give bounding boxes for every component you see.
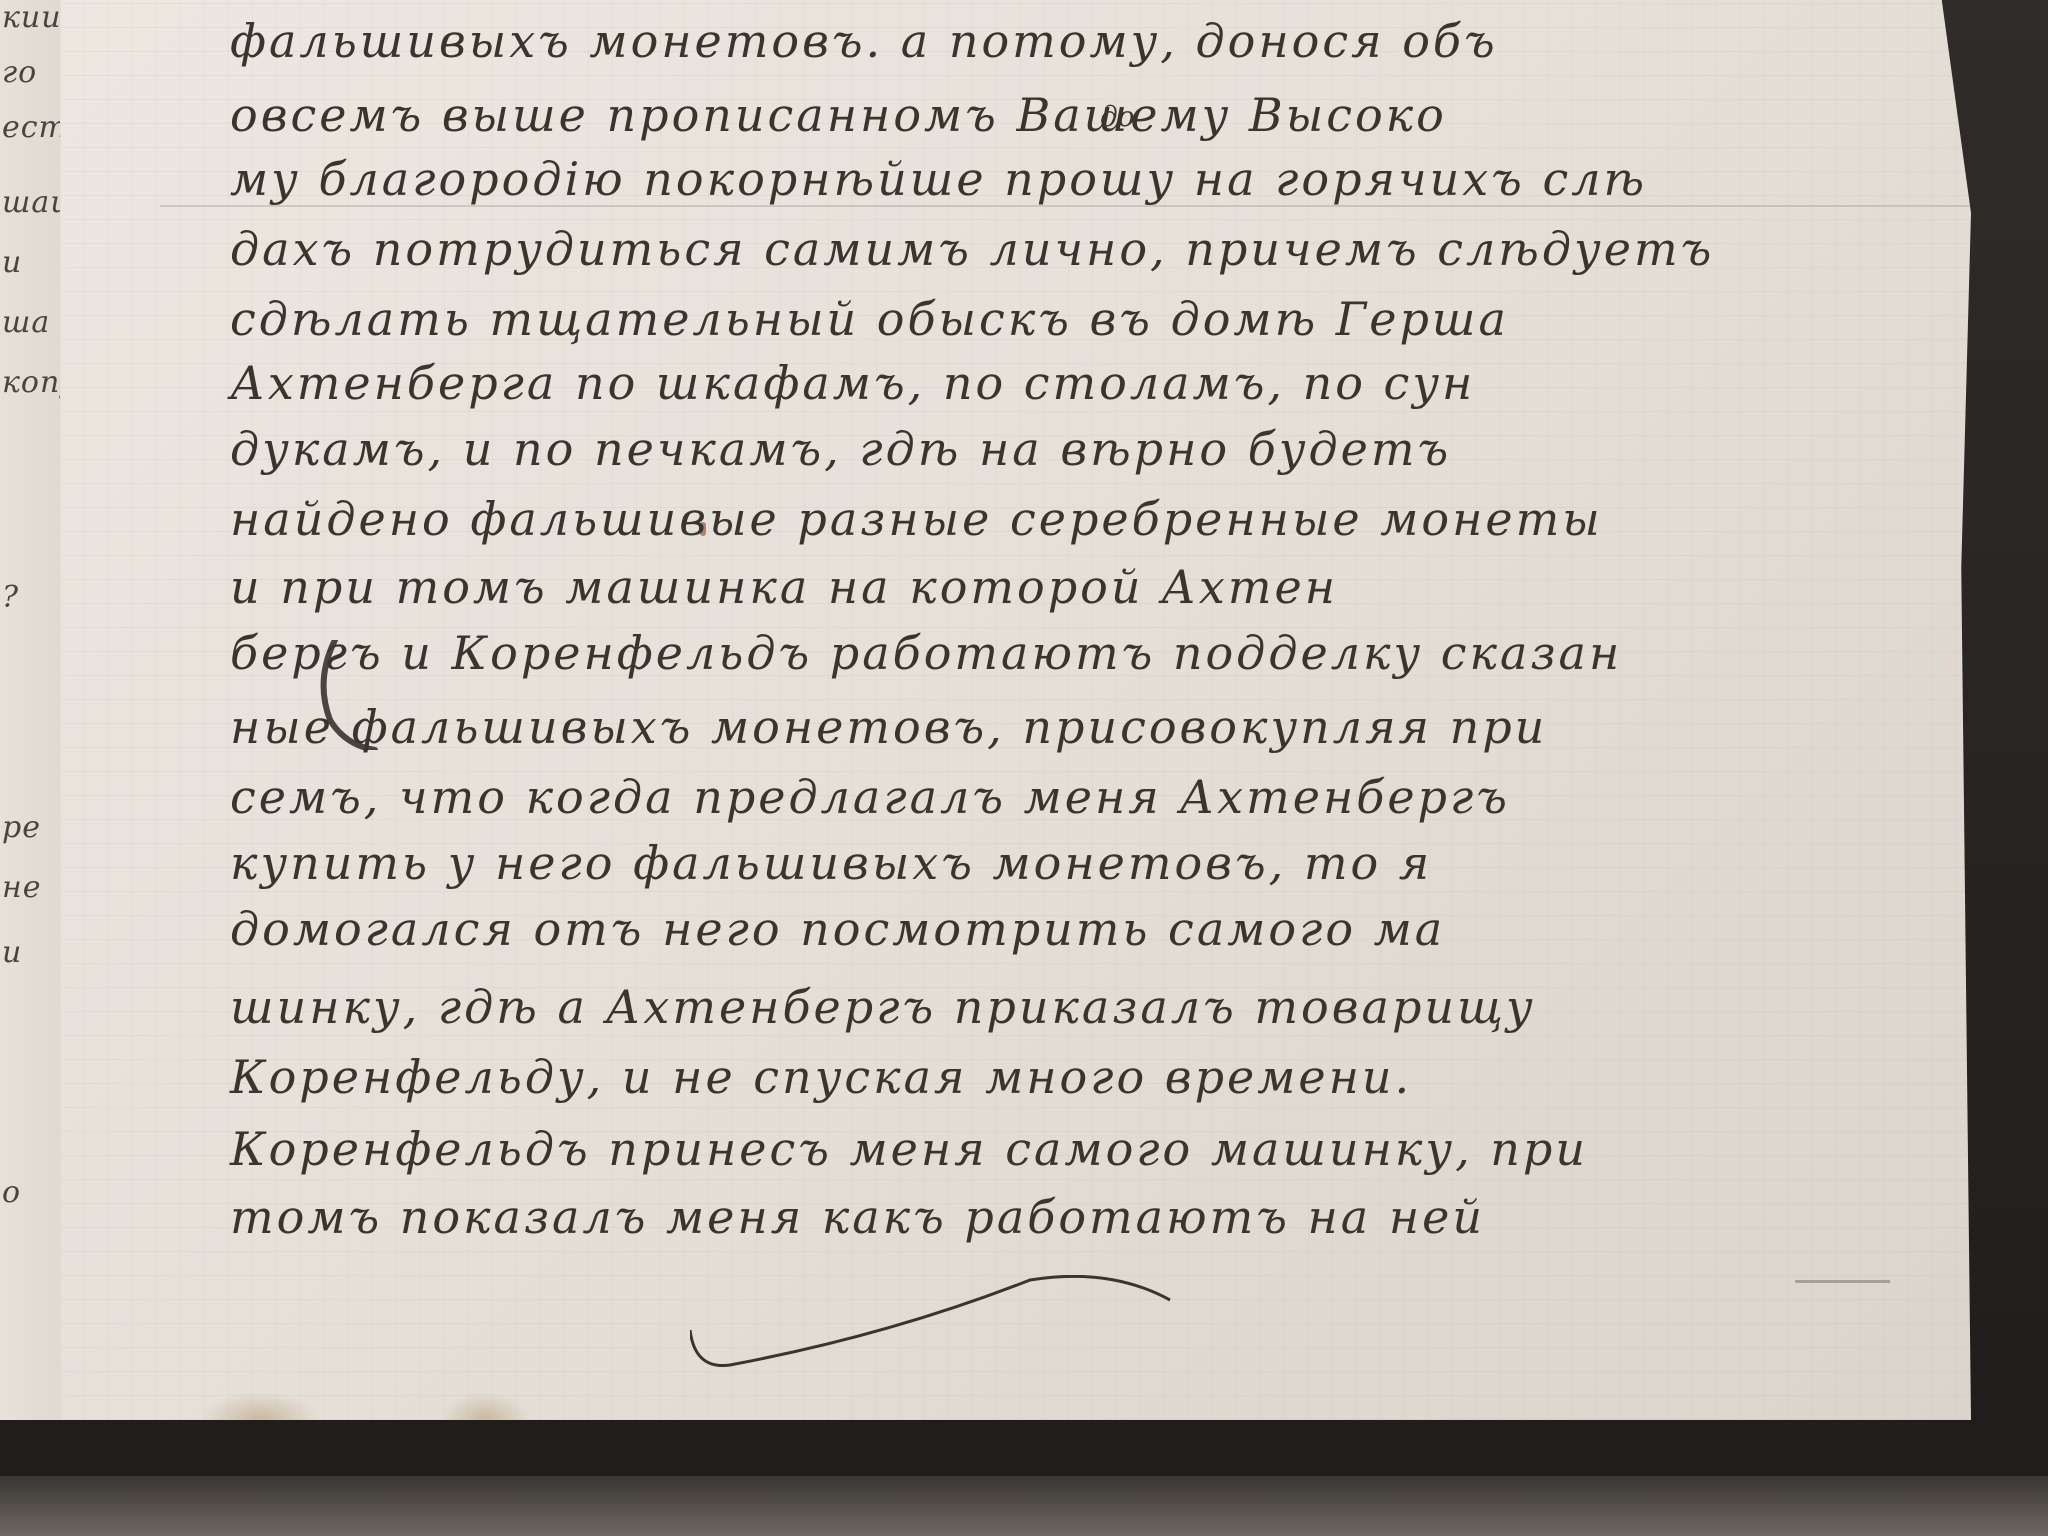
left-fragment-text: о <box>2 1175 21 1210</box>
water-stain <box>200 1392 320 1420</box>
text-line-1: фальшивыхъ монетовъ. а потому, донося об… <box>230 14 1498 68</box>
left-fragment-text: ре <box>2 810 41 845</box>
left-fragment-text: ша <box>2 305 50 340</box>
left-fragment-text: и <box>2 245 22 280</box>
text-line-3: му благородію покорнѣйше прошу на горячи… <box>230 152 1647 206</box>
text-line-9: и при томъ машинка на которой Ахтен <box>230 560 1338 614</box>
text-line-15: шинку, гдѣ а Ахтенбергъ приказалъ товари… <box>230 980 1536 1034</box>
pencil-mark <box>1795 1280 1890 1283</box>
left-fragment-text: го <box>2 55 37 90</box>
text-line-7: дукамъ, и по печкамъ, гдѣ на вѣрно будет… <box>230 422 1451 476</box>
left-fragment-text: кии <box>2 0 62 35</box>
text-line-8: найдено фальшивые разные серебренные мон… <box>230 492 1603 546</box>
text-line-13: купить у него фальшивыхъ монетовъ, то я <box>230 836 1432 890</box>
text-line-6: Ахтенберга по шкафамъ, по столамъ, по су… <box>230 356 1475 410</box>
text-line-18: томъ показалъ меня какъ работаютъ на ней <box>230 1190 1485 1244</box>
text-line-17: Коренфельдъ принесъ меня самого машинку,… <box>230 1122 1588 1176</box>
closing-flourish <box>690 1275 1190 1375</box>
frame-edge <box>0 1476 2048 1536</box>
left-fragment-text: не <box>2 870 42 905</box>
left-fragment-text: ? <box>2 580 19 615</box>
left-fragment-text: и <box>2 935 22 970</box>
text-line-16: Коренфельду, и не спуская много времени. <box>230 1050 1412 1104</box>
text-line-2: овсемъ выше прописанномъ Вашему Высоко <box>230 88 1447 142</box>
text-line-10: бергъ и Коренфельдъ работаютъ подделку с… <box>230 626 1622 680</box>
text-line-4: дахъ потрудиться самимъ лично, причемъ с… <box>230 222 1714 276</box>
letter-page: до фальшивыхъ монетовъ. а потому, донося… <box>60 0 2010 1420</box>
text-line-14: домогался отъ него посмотрить самого ма <box>230 902 1445 956</box>
water-stain <box>440 1392 530 1420</box>
text-line-5: сдѣлать тщательный обыскъ въ домѣ Герша <box>230 292 1509 346</box>
left-fragment-text: ест <box>2 110 68 145</box>
text-line-12: семъ, что когда предлагалъ меня Ахтенбер… <box>230 770 1510 824</box>
text-line-11: ные фальшивыхъ монетовъ, присовокупляя п… <box>230 700 1547 754</box>
